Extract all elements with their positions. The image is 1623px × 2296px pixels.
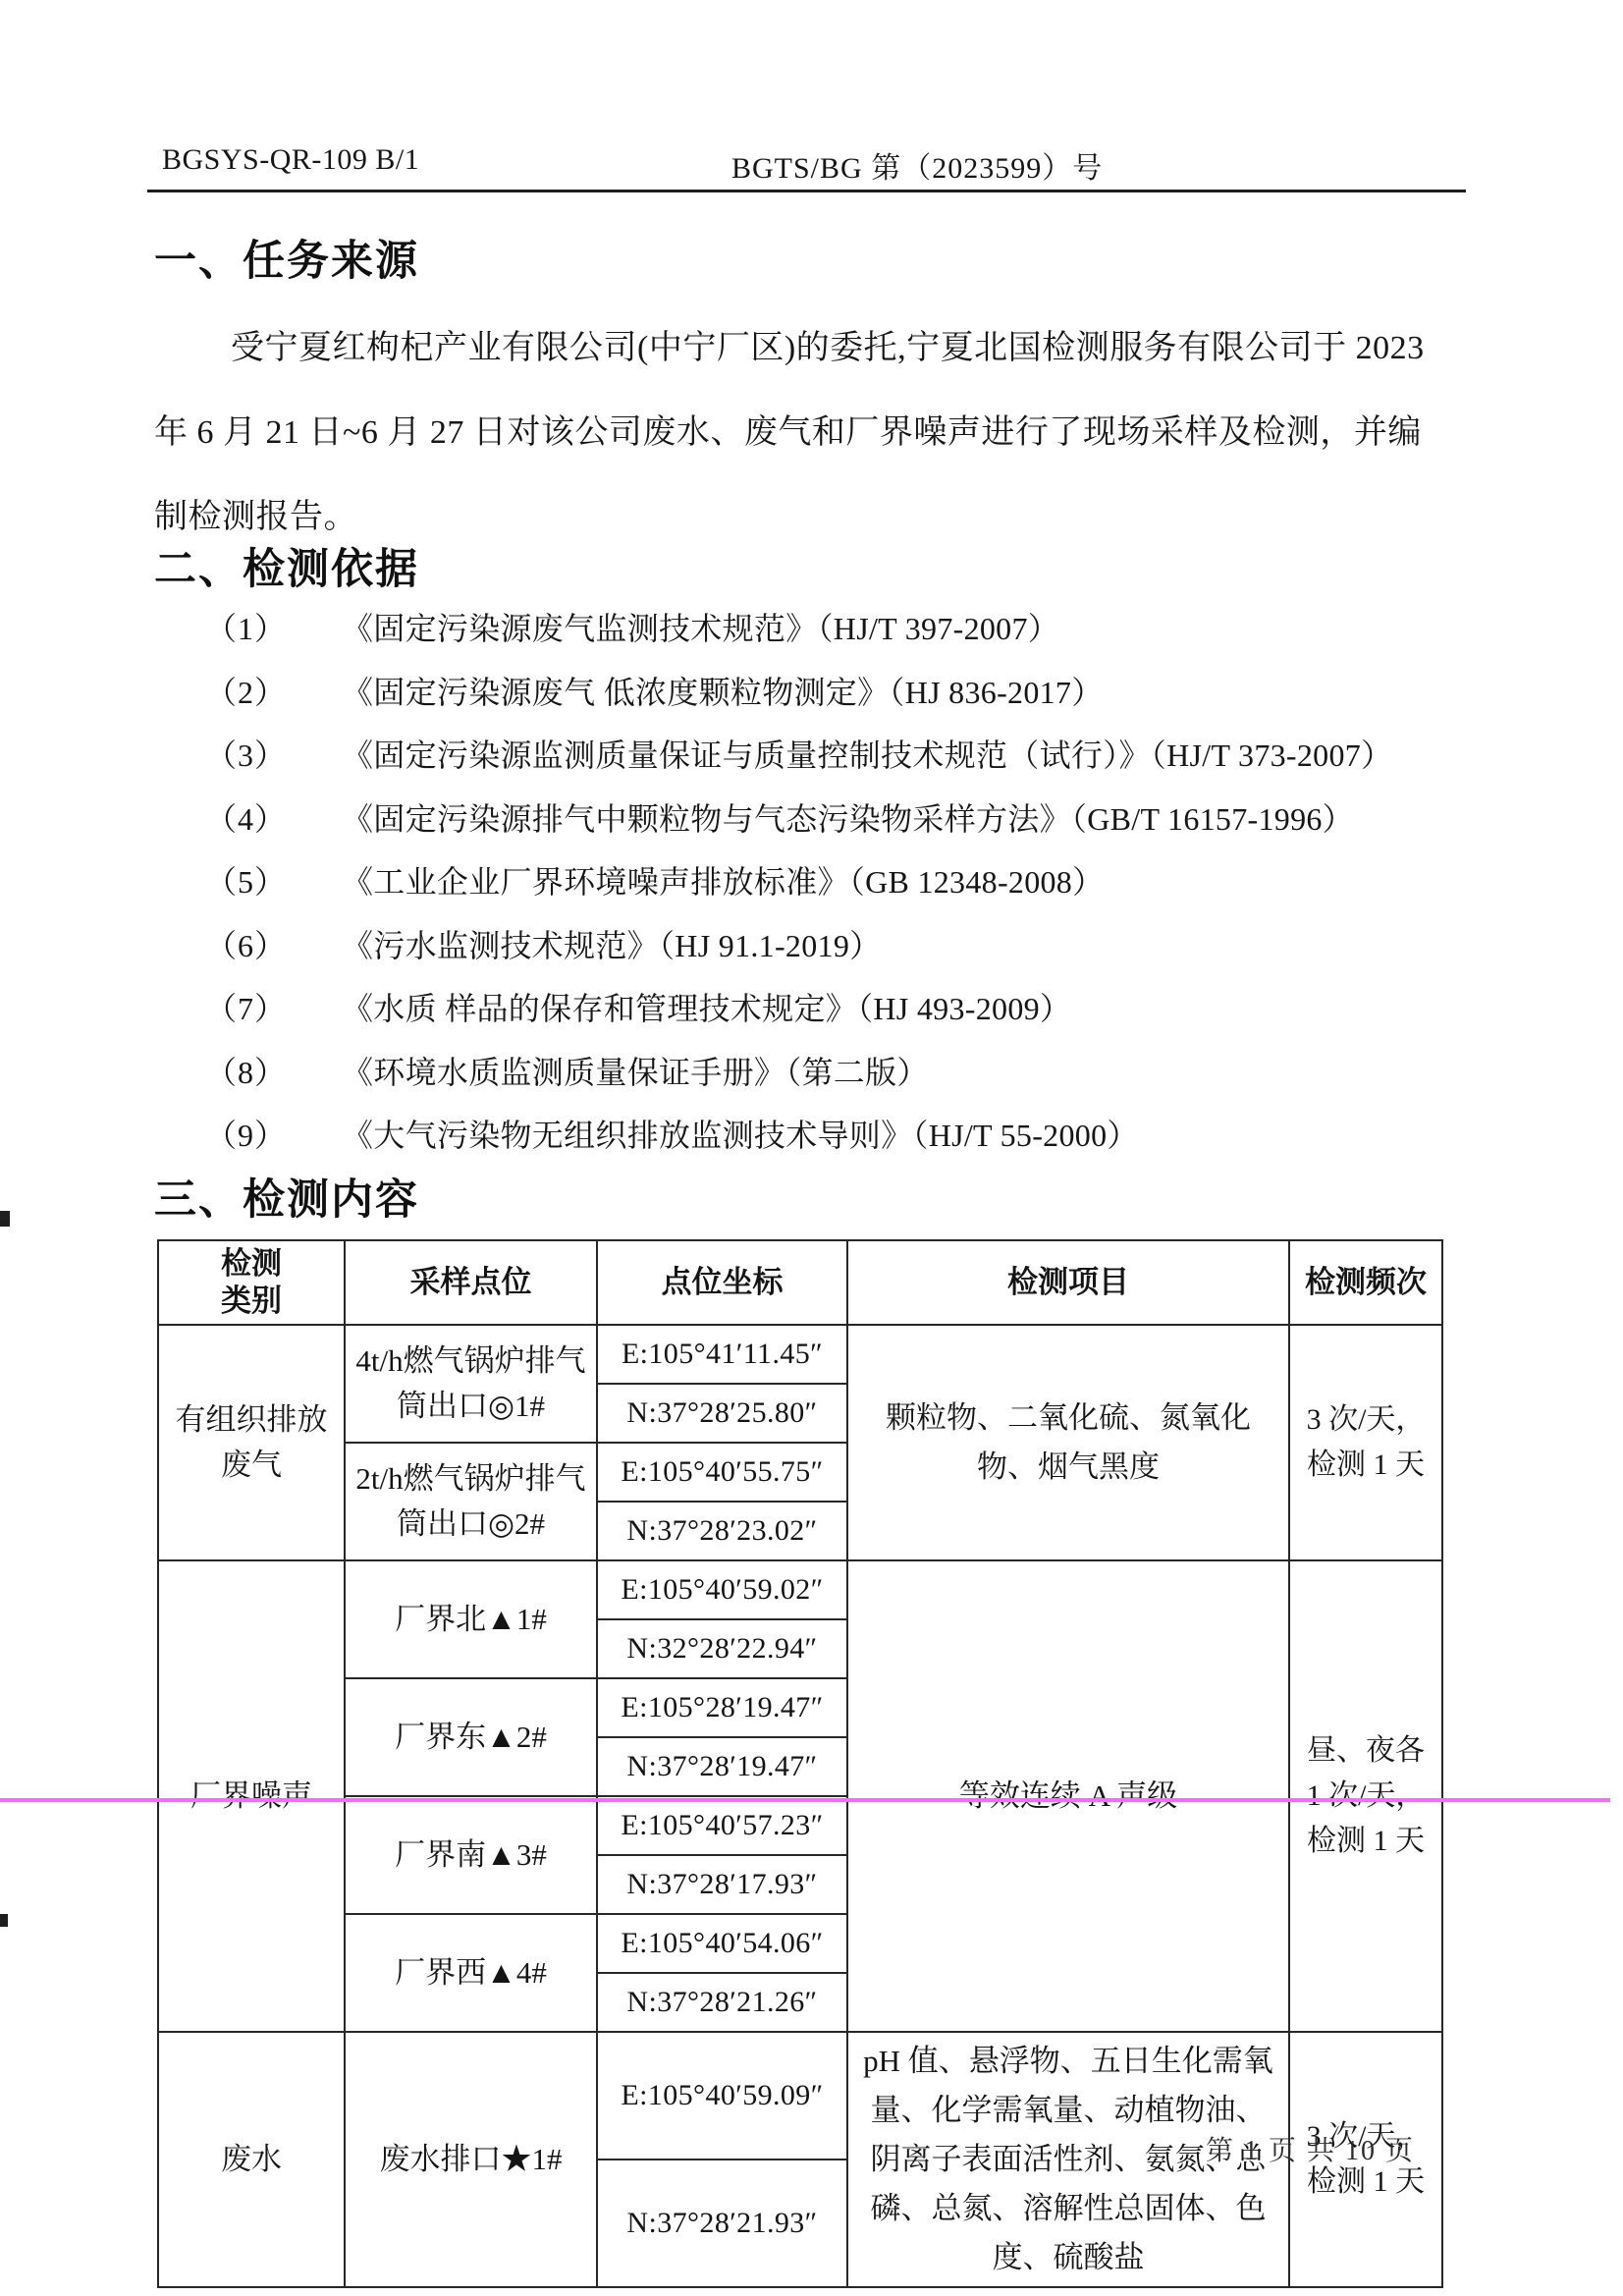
category-cell: 厂界噪声 — [158, 1560, 345, 2032]
reference-text: 《固定污染源废气 低浓度颗粒物测定》（HJ 836-2017） — [342, 661, 1104, 725]
header-divider — [147, 190, 1466, 192]
coordinate-cell: N:37°28′23.02″ — [597, 1502, 847, 1560]
reference-text: 《污水监测技术规范》（HJ 91.1-2019） — [342, 914, 881, 978]
reference-item: （6）《污水监测技术规范》（HJ 91.1-2019） — [154, 914, 1480, 978]
coordinate-cell: E:105°40′59.02″ — [597, 1560, 847, 1619]
table-row: 有组织排放废气4t/h燃气锅炉排气筒出口◎1#E:105°41′11.45″颗粒… — [158, 1325, 1442, 1384]
reference-number: （4） — [154, 788, 342, 851]
reference-item: （8）《环境水质监测质量保证手册》（第二版） — [154, 1041, 1480, 1105]
sampling-point-cell: 废水排口★1# — [345, 2032, 597, 2287]
coordinate-cell: N:37°28′17.93″ — [597, 1855, 847, 1914]
test-items-cell: 颗粒物、二氧化硫、氮氧化物、烟气黑度 — [847, 1325, 1289, 1560]
reference-text: 《固定污染源废气监测技术规范》（HJ/T 397-2007） — [342, 597, 1059, 661]
reference-number: （1） — [154, 597, 342, 661]
paragraph-line: 年 6 月 21 日~6 月 27 日对该公司废水、废气和厂界噪声进行了现场采样… — [154, 391, 1466, 475]
document-header: BGSYS-QR-109 B/1 BGTS/BG 第（2023599）号 — [157, 143, 1466, 187]
reference-number: （2） — [154, 661, 342, 725]
reference-text: 《固定污染源监测质量保证与质量控制技术规范（试行）》（HJ/T 373-2007… — [342, 724, 1392, 788]
col-header-sampling-point: 采样点位 — [345, 1240, 597, 1325]
col-header-frequency: 检测频次 — [1289, 1240, 1442, 1325]
reference-number: （9） — [154, 1104, 342, 1168]
reference-text: 《水质 样品的保存和管理技术规定》（HJ 493-2009） — [342, 977, 1071, 1041]
reference-item: （1）《固定污染源废气监测技术规范》（HJ/T 397-2007） — [154, 597, 1480, 661]
coordinate-cell: E:105°40′54.06″ — [597, 1914, 847, 1973]
report-number: BGTS/BG 第（2023599）号 — [731, 143, 1103, 187]
coordinate-cell: E:105°28′19.47″ — [597, 1678, 847, 1737]
coordinate-cell: E:105°41′11.45″ — [597, 1325, 847, 1384]
coordinate-cell: N:37°28′21.93″ — [597, 2159, 847, 2287]
coordinate-cell: N:37°28′25.80″ — [597, 1384, 847, 1443]
reference-number: （5） — [154, 850, 342, 914]
reference-text: 《环境水质监测质量保证手册》（第二版） — [342, 1041, 929, 1105]
scanned-report-page: { "header": { "doc_code": "BGSYS-QR-109 … — [0, 0, 1623, 2296]
paragraph-line: 受宁夏红枸杞产业有限公司(中宁厂区)的委托,宁夏北国检测服务有限公司于 2023 — [154, 306, 1466, 391]
section-title-test-basis: 二、检测依据 — [154, 536, 419, 596]
sampling-point-cell: 厂界北▲1# — [345, 1560, 597, 1678]
reference-text: 《固定污染源排气中颗粒物与气态污染物采样方法》（GB/T 16157-1996） — [342, 788, 1354, 851]
reference-number: （7） — [154, 977, 342, 1041]
reference-item: （2）《固定污染源废气 低浓度颗粒物测定》（HJ 836-2017） — [154, 661, 1480, 725]
table-header-row: 检测 类别 采样点位 点位坐标 检测项目 检测频次 — [158, 1240, 1442, 1325]
category-cell: 废水 — [158, 2032, 345, 2287]
category-cell: 有组织排放废气 — [158, 1325, 345, 1560]
coordinate-cell: E:105°40′59.09″ — [597, 2032, 847, 2159]
reference-text: 《大气污染物无组织排放监测技术导则》（HJ/T 55-2000） — [342, 1104, 1139, 1168]
section-title-task-source: 一、任务来源 — [154, 228, 419, 288]
scan-artifact — [0, 1211, 10, 1227]
test-items-cell: 等效连续 A 声级 — [847, 1560, 1289, 2032]
frequency-cell: 昼、夜各 1 次/天，检测 1 天 — [1289, 1560, 1442, 2032]
sampling-point-cell: 2t/h燃气锅炉排气筒出口◎2# — [345, 1443, 597, 1560]
reference-item: （7）《水质 样品的保存和管理技术规定》（HJ 493-2009） — [154, 977, 1480, 1041]
scan-artifact — [0, 1914, 8, 1927]
col-header-test-items: 检测项目 — [847, 1240, 1289, 1325]
coordinate-cell: N:37°28′21.26″ — [597, 1973, 847, 2032]
reference-number: （3） — [154, 724, 342, 788]
sampling-point-cell: 厂界南▲3# — [345, 1796, 597, 1914]
col-header-category: 检测 类别 — [158, 1240, 345, 1325]
section-title-test-content: 三、检测内容 — [154, 1167, 419, 1227]
page-number: 第 1 页 共 10 页 — [1206, 2129, 1415, 2168]
reference-list: （1）《固定污染源废气监测技术规范》（HJ/T 397-2007）（2）《固定污… — [154, 597, 1480, 1168]
scan-line — [0, 1798, 1610, 1802]
reference-number: （8） — [154, 1041, 342, 1105]
reference-item: （4）《固定污染源排气中颗粒物与气态污染物采样方法》（GB/T 16157-19… — [154, 788, 1480, 851]
reference-item: （3）《固定污染源监测质量保证与质量控制技术规范（试行）》（HJ/T 373-2… — [154, 724, 1480, 788]
reference-item: （5）《工业企业厂界环境噪声排放标准》（GB 12348-2008） — [154, 850, 1480, 914]
sampling-point-cell: 厂界西▲4# — [345, 1914, 597, 2032]
coordinate-cell: E:105°40′57.23″ — [597, 1796, 847, 1855]
coordinate-cell: N:32°28′22.94″ — [597, 1619, 847, 1678]
table-row: 厂界噪声厂界北▲1#E:105°40′59.02″等效连续 A 声级昼、夜各 1… — [158, 1560, 1442, 1619]
coordinate-cell: E:105°40′55.75″ — [597, 1443, 847, 1502]
reference-item: （9）《大气污染物无组织排放监测技术导则》（HJ/T 55-2000） — [154, 1104, 1480, 1168]
sampling-point-cell: 厂界东▲2# — [345, 1678, 597, 1796]
frequency-cell: 3 次/天，检测 1 天 — [1289, 1325, 1442, 1560]
reference-number: （6） — [154, 914, 342, 978]
task-paragraph: 受宁夏红枸杞产业有限公司(中宁厂区)的委托,宁夏北国检测服务有限公司于 2023… — [154, 306, 1466, 560]
reference-text: 《工业企业厂界环境噪声排放标准》（GB 12348-2008） — [342, 850, 1104, 914]
sampling-point-cell: 4t/h燃气锅炉排气筒出口◎1# — [345, 1325, 597, 1443]
coordinate-cell: N:37°28′19.47″ — [597, 1737, 847, 1796]
content-table-head: 检测 类别 采样点位 点位坐标 检测项目 检测频次 — [158, 1240, 1442, 1325]
col-header-coordinates: 点位坐标 — [597, 1240, 847, 1325]
document-code: BGSYS-QR-109 B/1 — [162, 143, 419, 177]
